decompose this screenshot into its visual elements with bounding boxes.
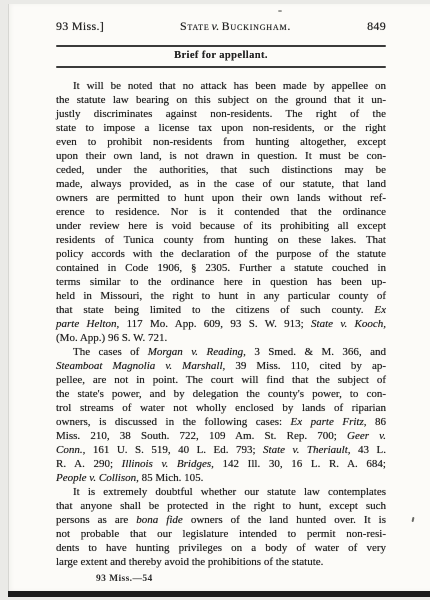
text-line: People v. Collison, 85 Mich. 105. — [56, 471, 386, 485]
text-line: trol streams of water not wholly enclose… — [56, 401, 386, 415]
text-line: justly discriminates against non-residen… — [56, 107, 386, 121]
running-head: 93 Miss.] Statev.Buckingham. 849 — [56, 19, 386, 34]
horizontal-rule-bottom — [56, 66, 386, 68]
text-line: Conn., 161 U. S. 519, 40 L. Ed. 793; Sta… — [56, 443, 386, 457]
text-line: Steamboat Magnolia v. Marshall, 39 Miss.… — [56, 359, 386, 373]
case-title-plaintiff: State — [180, 19, 210, 33]
text-line: state to impose a license tax upon non-r… — [56, 121, 386, 135]
volume-label: 93 Miss.] — [56, 19, 104, 34]
text-line: ceded, under the authorities, that such … — [56, 163, 386, 177]
scanned-page: 93 Miss.] Statev.Buckingham. 849 Brief f… — [8, 4, 430, 591]
case-title-versus: v. — [210, 19, 222, 33]
text-line: Miss. 210, 38 South. 722, 109 Am. St. Re… — [56, 429, 386, 443]
case-title: Statev.Buckingham. — [180, 19, 291, 34]
text-line: dents to have hunting privileges on a bo… — [56, 541, 386, 555]
text-line: owners, is discussed in the following ca… — [56, 415, 386, 429]
text-line: contained in Code 1906, § 2305. Further … — [56, 261, 386, 275]
scan-speck — [278, 10, 282, 12]
text-line: policy accords with the declaration of t… — [56, 247, 386, 261]
body-text: It will be noted that no attack has been… — [56, 79, 386, 569]
horizontal-rule-top — [56, 45, 386, 47]
text-line: that anyone shall be protected in the ri… — [56, 499, 386, 513]
scan-edge-band — [8, 591, 430, 597]
text-line: even to prohibit non-residents from hunt… — [56, 135, 386, 149]
text-line: under review here is void because of its… — [56, 219, 386, 233]
text-line: pellee, are not in point. The court will… — [56, 373, 386, 387]
text-line: large extent and thereby avoid the prohi… — [56, 555, 386, 569]
text-line: erence to residence. Nor is it contended… — [56, 205, 386, 219]
text-line: It is extremely doubtful whether our sta… — [56, 485, 386, 499]
text-line: upon their own land, is not drawn in que… — [56, 149, 386, 163]
text-line: persons as are bona fide owners of the l… — [56, 513, 386, 527]
text-line: that state being limited to the citizens… — [56, 303, 386, 317]
text-line: It will be noted that no attack has been… — [56, 79, 386, 93]
page-footer: 93 Miss.—54 — [96, 574, 296, 584]
text-line: held in Missouri, the right to hunt in a… — [56, 289, 386, 303]
text-line: (Mo. App.) 96 S. W. 721. — [56, 331, 386, 345]
text-line: R. A. 290; Illinois v. Bridges, 142 Ill.… — [56, 457, 386, 471]
text-line: terms similar to the ordinance here in q… — [56, 275, 386, 289]
text-line: parte Helton, 117 Mo. App. 609, 93 S. W.… — [56, 317, 386, 331]
text-line: made, always provided, as in the case of… — [56, 177, 386, 191]
section-title: Brief for appellant. — [56, 50, 386, 61]
text-line: owners are permitted to hunt upon their … — [56, 191, 386, 205]
case-title-defendant: Buckingham. — [222, 19, 292, 33]
text-line: residents of Tunica county from hunting … — [56, 233, 386, 247]
text-line: not probable that our legislature intend… — [56, 527, 386, 541]
text-line: the statute law bearing on this subject … — [56, 93, 386, 107]
page-number: 849 — [367, 19, 386, 34]
text-line: the state's power, and by delegation the… — [56, 387, 386, 401]
scan-speck — [412, 517, 415, 522]
text-line: The cases of Morgan v. Reading, 3 Smed. … — [56, 345, 386, 359]
